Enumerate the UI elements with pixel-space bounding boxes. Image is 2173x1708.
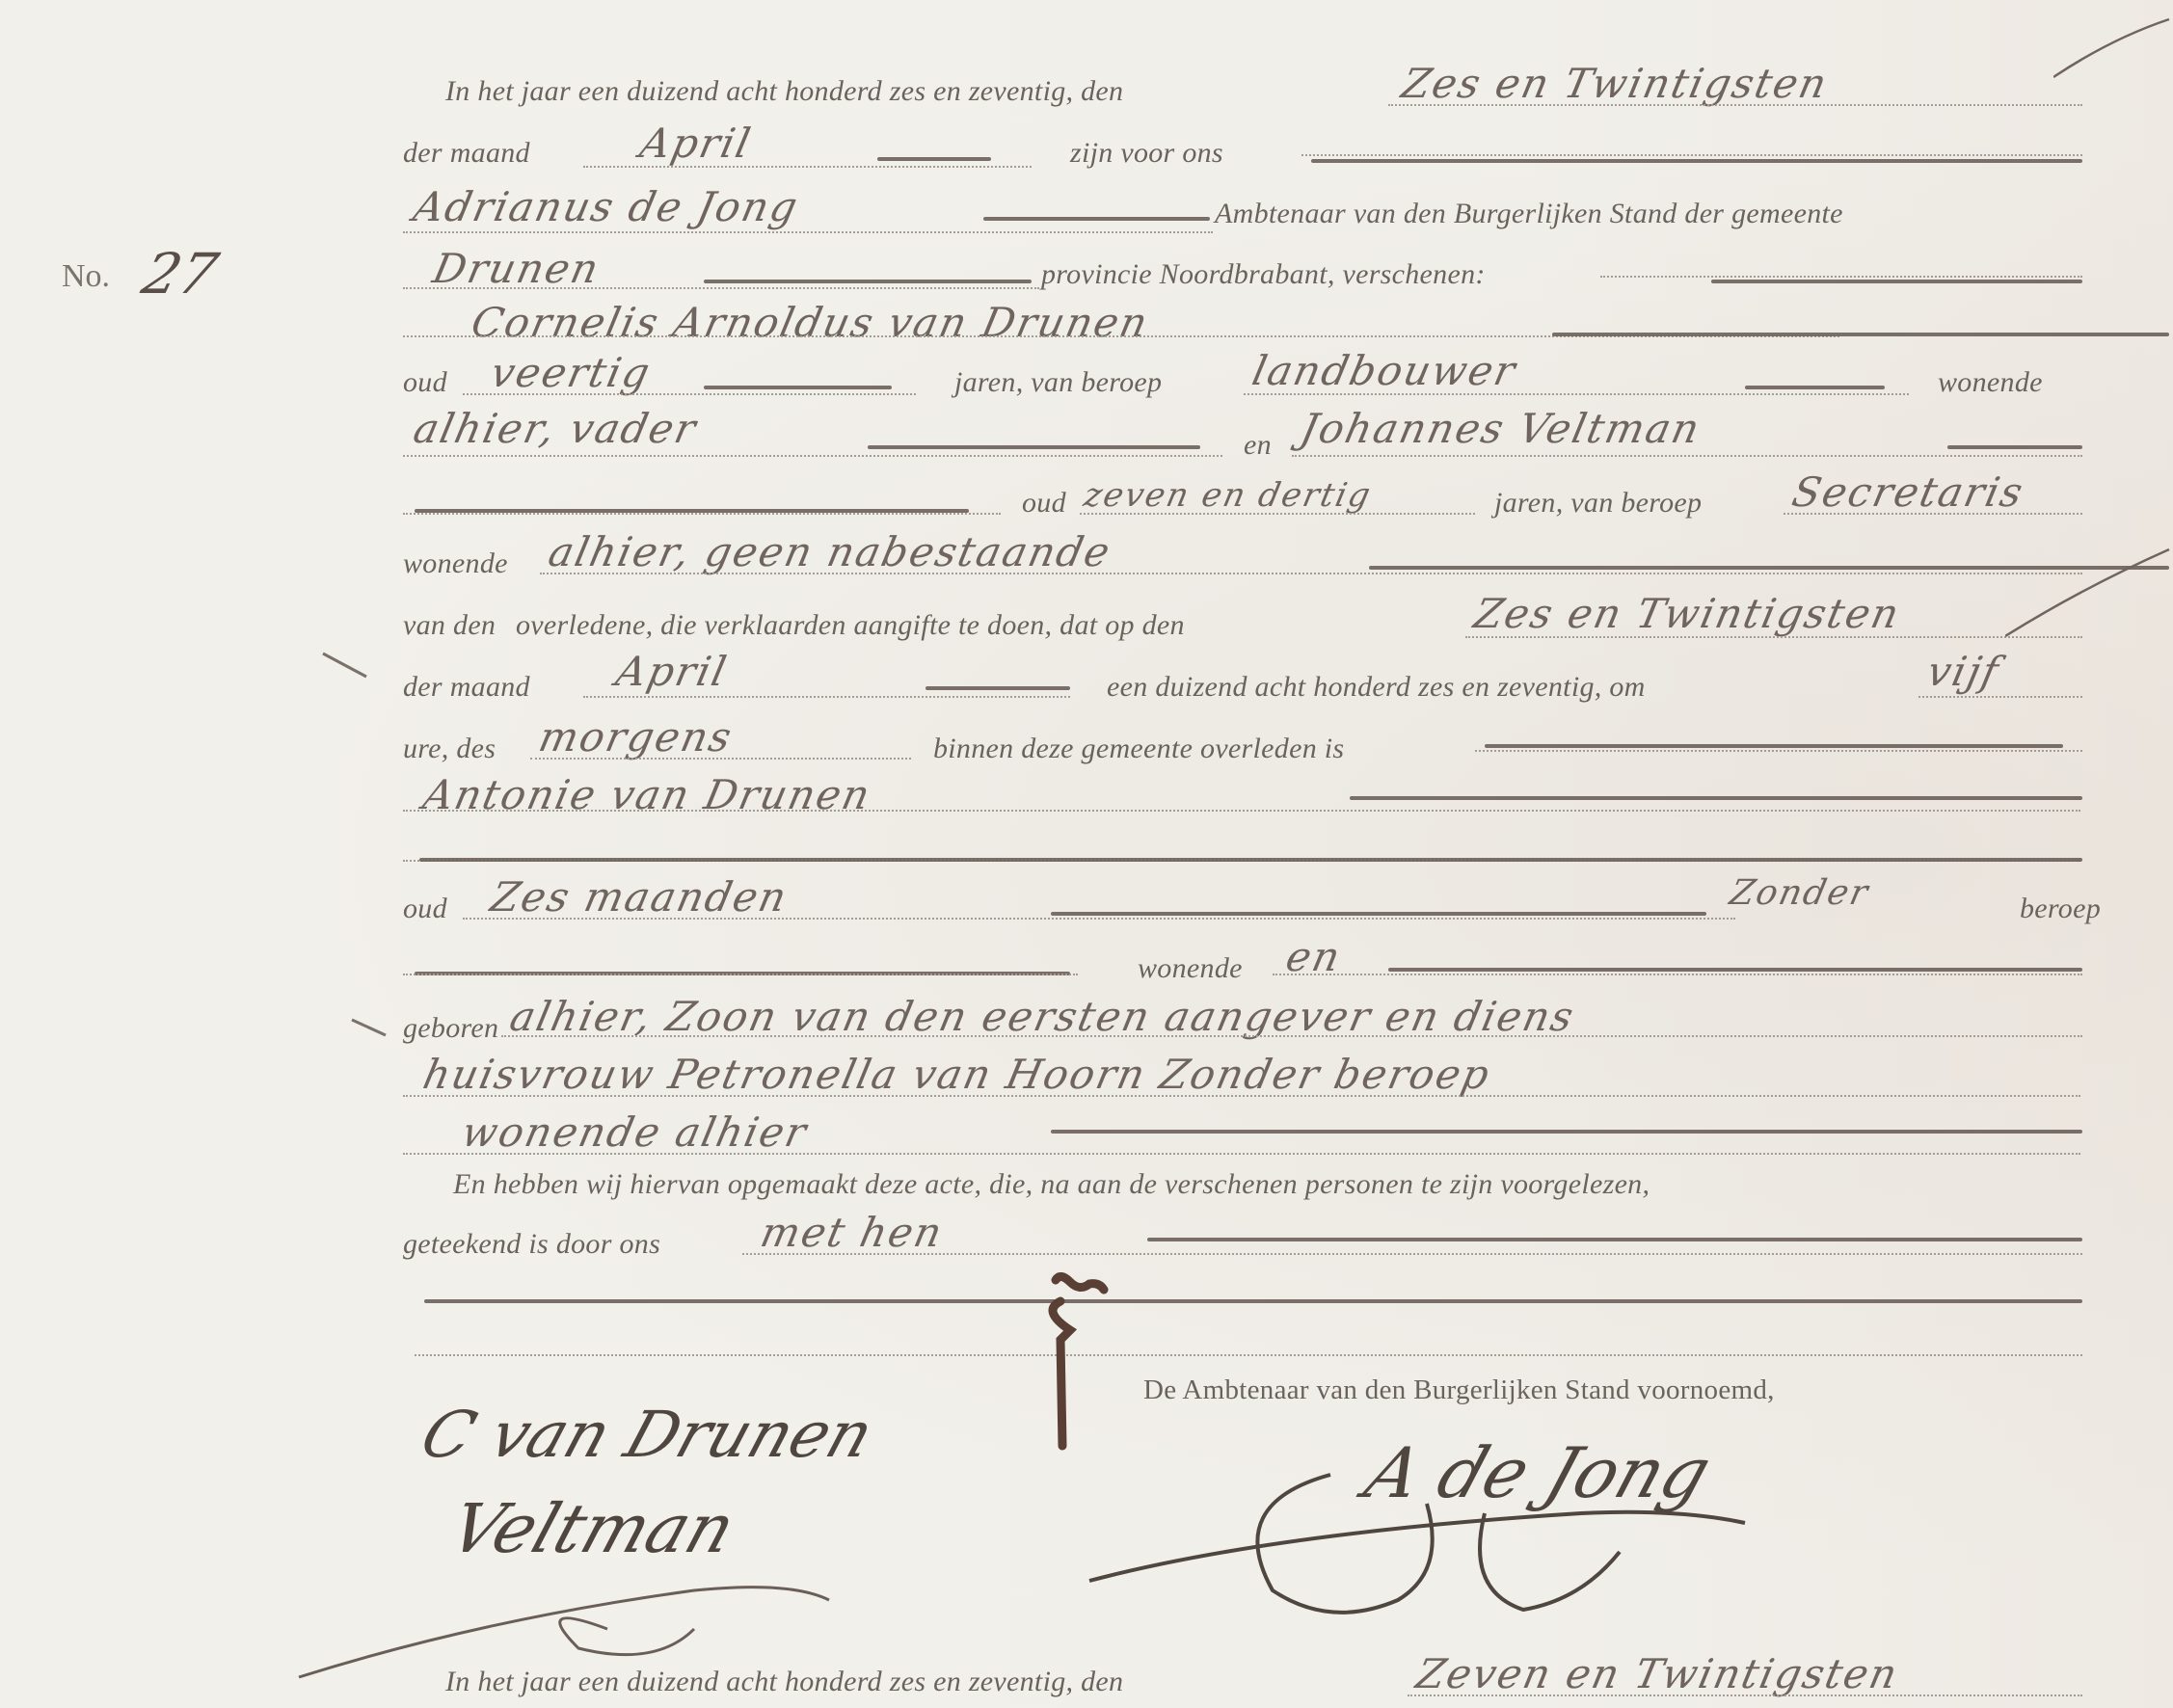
printed-text: een duizend acht honderd zes en zeventig…	[1107, 671, 1646, 704]
dotted-rule	[403, 974, 1078, 975]
handwritten-age: zeven en dertig	[1081, 476, 1376, 515]
printed-text: overledene, die verklaarden aangifte te …	[516, 609, 1185, 642]
printed-text: wonende	[1138, 952, 1243, 985]
record-number: 27	[136, 241, 225, 307]
printed-text: jaren, van beroep	[1494, 487, 1702, 520]
printed-text: zijn voor ons	[1070, 137, 1223, 170]
signature-flourish	[1080, 1446, 1755, 1648]
handwritten-official-name: Adrianus de Jong	[410, 183, 803, 230]
handwritten-occupation: Zonder	[1727, 873, 1873, 913]
ink-stain	[1003, 1272, 1118, 1465]
dotted-rule	[463, 393, 916, 395]
handwritten-death-day: Zes en Twintigsten	[1470, 590, 1905, 637]
margin-tick-mark	[318, 646, 376, 684]
printed-text: ure, des	[403, 733, 496, 765]
dotted-rule	[1273, 974, 2082, 975]
dotted-rule	[463, 918, 1735, 920]
filler-rule	[1051, 912, 1706, 916]
dotted-rule	[403, 513, 1001, 515]
handwritten-declarant-2-name: Johannes Veltman	[1297, 405, 1705, 452]
handwritten-occupation: landbouwer	[1248, 347, 1521, 394]
handwritten-age: veertig	[487, 349, 656, 396]
dotted-rule	[1600, 276, 2082, 278]
handwritten-time-of-day: morgens	[535, 713, 738, 761]
filler-rule	[1388, 968, 2082, 972]
dotted-rule	[403, 1095, 2080, 1097]
dotted-rule	[1292, 455, 2082, 457]
printed-text: jaren, van beroep	[954, 366, 1162, 399]
document-page: No. 27 In het jaar een duizend acht hond…	[0, 0, 2173, 1708]
printed-text: der maand	[403, 671, 530, 704]
next-record-printed-text: In het jaar een duizend acht honderd zes…	[445, 1666, 1123, 1698]
dotted-rule	[403, 231, 1213, 233]
signature-declarant-1: C van Drunen	[412, 1398, 882, 1472]
dotted-rule	[1408, 1695, 2082, 1696]
filler-rule	[704, 280, 1032, 283]
handwritten-mother-details: huisvrouw Petronella van Hoorn Zonder be…	[419, 1051, 1495, 1098]
filler-rule	[1051, 1130, 2082, 1134]
handwritten-death-hour: vijf	[1923, 648, 2004, 695]
filler-rule	[983, 217, 1210, 221]
handwritten-birthplace-parentage: alhier, Zoon van den eersten aangever en…	[506, 993, 1579, 1040]
pen-stroke	[2005, 540, 2173, 646]
printed-text: geboren	[403, 1012, 498, 1045]
handwritten-month: April	[636, 120, 757, 167]
filler-rule	[1311, 159, 2082, 163]
dotted-rule	[1301, 154, 2082, 156]
printed-text: oud	[403, 366, 447, 399]
handwritten-signed-with: met hen	[757, 1209, 948, 1256]
handwritten-mother-residence: wonende alhier	[458, 1108, 813, 1156]
printed-text: binnen deze gemeente overleden is	[933, 733, 1344, 765]
pen-stroke	[2053, 0, 2173, 87]
dotted-rule	[403, 810, 2080, 812]
handwritten-residence-relation: alhier, geen nabestaande	[545, 528, 1116, 575]
filler-rule	[877, 157, 991, 161]
handwritten-deceased-age: Zes maanden	[487, 873, 792, 921]
filler-rule	[1552, 333, 2169, 336]
record-number-label: No.	[62, 258, 110, 295]
filler-rule	[424, 1299, 2082, 1303]
printed-text: In het jaar een duizend acht honderd zes…	[445, 75, 1123, 108]
dotted-rule	[742, 1253, 2082, 1255]
filler-rule	[926, 686, 1070, 690]
printed-text: der maand	[403, 137, 530, 170]
filler-rule	[1485, 744, 2063, 748]
margin-tick-mark	[347, 1012, 395, 1041]
handwritten-residence-relation: alhier, vader	[410, 405, 702, 452]
handwritten-occupation: Secretaris	[1788, 468, 2028, 516]
handwritten-declarant-1-name: Cornelis Arnoldus van Drunen	[468, 299, 1154, 346]
official-caption: De Ambtenaar van den Burgerlijken Stand …	[1143, 1374, 1775, 1406]
signature-declarant-2: Veltman	[441, 1489, 745, 1568]
dotted-rule	[403, 455, 1222, 457]
dotted-rule	[403, 1153, 2080, 1155]
filler-rule	[704, 386, 892, 389]
filler-rule	[1947, 445, 2082, 449]
dotted-rule	[1475, 750, 2082, 752]
dotted-rule	[1244, 393, 1909, 395]
printed-text: oud	[403, 893, 447, 925]
printed-text: geteekend is door ons	[403, 1228, 660, 1261]
dotted-rule	[415, 1354, 2082, 1356]
dotted-rule	[1388, 104, 2082, 106]
dotted-rule	[583, 696, 1070, 698]
next-record-handwritten-day: Zeven en Twintigsten	[1412, 1650, 1903, 1697]
printed-text: provincie Noordbrabant, verschenen:	[1041, 258, 1486, 291]
printed-text: Ambtenaar van den Burgerlijken Stand der…	[1215, 198, 1843, 230]
filler-rule	[1147, 1238, 2082, 1241]
dotted-rule	[1080, 513, 1475, 515]
filler-rule	[1350, 796, 2082, 800]
printed-text: beroep	[2020, 893, 2101, 925]
dotted-rule	[540, 573, 2082, 574]
dotted-rule	[1465, 636, 2082, 638]
filler-rule	[868, 445, 1200, 449]
filler-rule	[419, 858, 2082, 862]
handwritten-day: Zes en Twintigsten	[1398, 60, 1833, 107]
printed-text: wonende	[403, 547, 508, 580]
dotted-rule	[583, 166, 1032, 168]
dotted-rule	[403, 287, 1039, 289]
printed-text: wonende	[1938, 366, 2043, 399]
filler-rule	[1711, 280, 2082, 283]
dotted-rule	[501, 1035, 2082, 1037]
handwritten-municipality: Drunen	[429, 245, 604, 292]
printed-text: van den	[403, 609, 496, 642]
dotted-rule	[530, 758, 911, 760]
filler-rule	[1745, 386, 1885, 389]
handwritten-death-month: April	[612, 648, 733, 695]
printed-text: oud	[1022, 487, 1066, 520]
printed-text: en	[1244, 429, 1272, 462]
printed-text: En hebben wij hiervan opgemaakt deze act…	[453, 1168, 1650, 1201]
dotted-rule	[1918, 696, 2082, 698]
dotted-rule	[1784, 513, 2082, 515]
